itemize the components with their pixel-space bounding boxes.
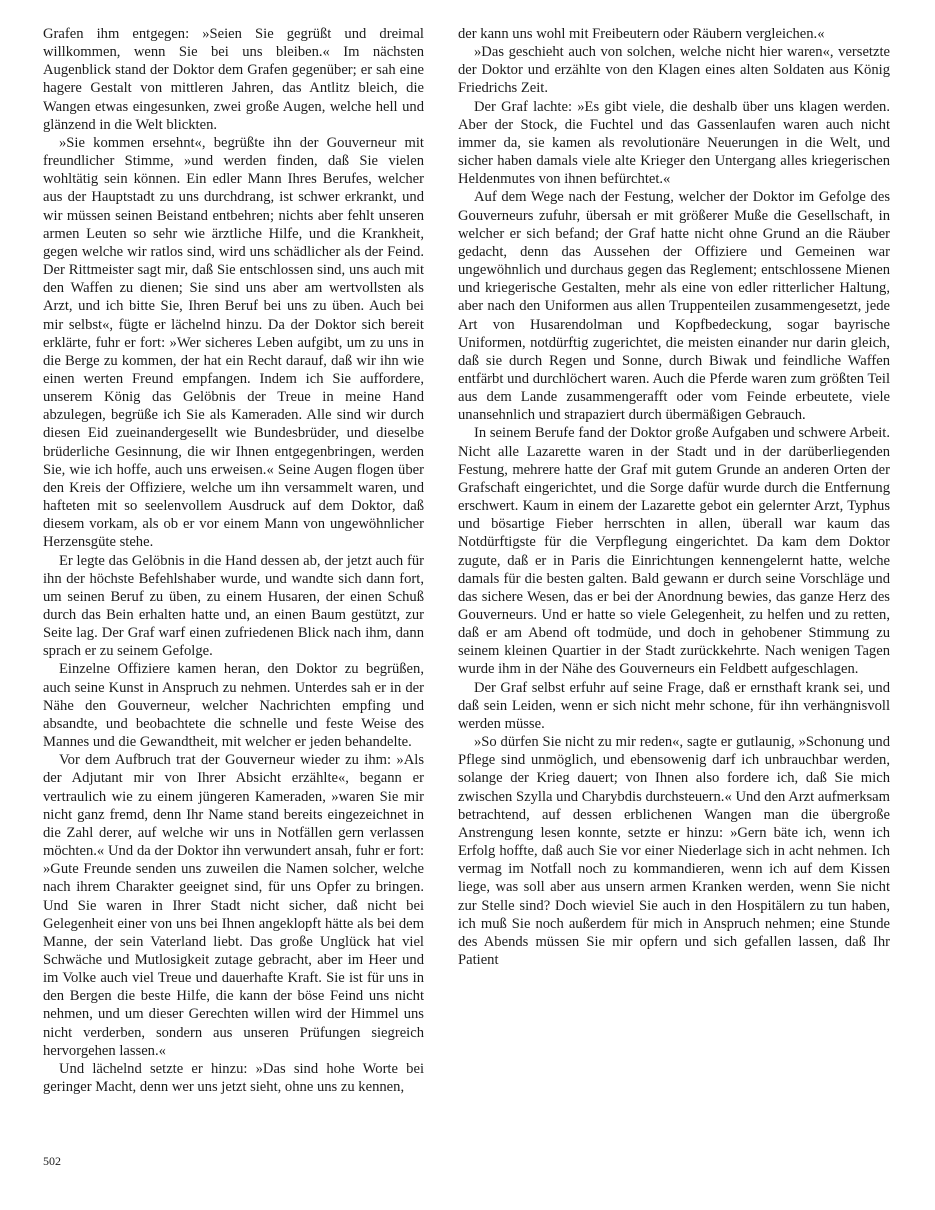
paragraph: Der Graf selbst erfuhr auf seine Frage, … <box>458 679 890 733</box>
paragraph: der kann uns wohl mit Freibeutern oder R… <box>458 25 890 43</box>
book-page: Grafen ihm entgegen: »Seien Sie gegrüßt … <box>0 0 935 1210</box>
page-number: 502 <box>43 1154 61 1169</box>
paragraph: Vor dem Aufbruch trat der Gouverneur wie… <box>43 751 424 1060</box>
paragraph: Und lächelnd setzte er hinzu: »Das sind … <box>43 1060 424 1096</box>
paragraph: »Das geschieht auch von solchen, welche … <box>458 43 890 97</box>
paragraph: Einzelne Offiziere kamen heran, den Dokt… <box>43 660 424 751</box>
paragraph: Er legte das Gelöbnis in die Hand dessen… <box>43 552 424 661</box>
paragraph: »So dürfen Sie nicht zu mir reden«, sagt… <box>458 733 890 969</box>
left-text-column: Grafen ihm entgegen: »Seien Sie gegrüßt … <box>43 25 424 1096</box>
paragraph: »Sie kommen ersehnt«, begrüßte ihn der G… <box>43 134 424 552</box>
right-text-column: der kann uns wohl mit Freibeutern oder R… <box>458 25 890 969</box>
paragraph: In seinem Berufe fand der Doktor große A… <box>458 424 890 678</box>
paragraph: Grafen ihm entgegen: »Seien Sie gegrüßt … <box>43 25 424 134</box>
paragraph: Auf dem Wege nach der Festung, welcher d… <box>458 188 890 424</box>
paragraph: Der Graf lachte: »Es gibt viele, die des… <box>458 98 890 189</box>
